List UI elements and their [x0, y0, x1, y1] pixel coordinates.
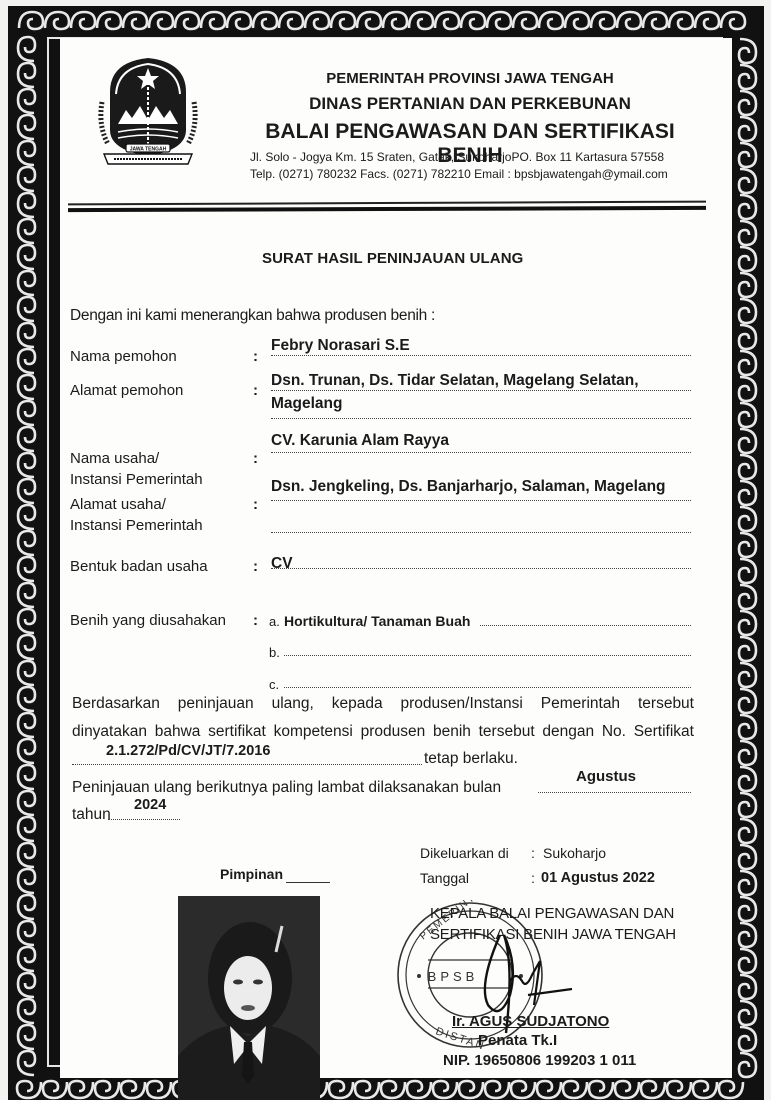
dotted-line [271, 568, 691, 569]
field-value-applicant-address: Dsn. Trunan, Ds. Tidar Selatan, Magelang… [271, 372, 639, 390]
field-value-applicant-address-line2: Magelang [271, 395, 342, 413]
letterhead-contact: Telp. (0271) 780232 Facs. (0271) 782210 … [250, 167, 690, 181]
issued-at-value: Sukoharjo [543, 845, 606, 861]
field-label-business-name-line2: Instansi Pemerintah [70, 471, 203, 488]
seed-item-a-mark: a. [269, 614, 280, 629]
dotted-line [72, 764, 422, 765]
seed-item-a-value: Hortikultura/ Tanaman Buah [284, 613, 470, 629]
dotted-line [480, 625, 691, 626]
issue-date-label: Tanggal [420, 870, 469, 886]
colon: : [253, 612, 258, 629]
next-review-month: Agustus [576, 768, 636, 785]
next-review-year: 2024 [134, 797, 166, 813]
seed-item-b-mark: b. [269, 645, 280, 660]
field-label-seed-type: Benih yang diusahakan [70, 612, 226, 629]
dotted-line [108, 819, 180, 820]
field-label-business-address-line2: Instansi Pemerintah [70, 517, 203, 534]
field-label-applicant-name: Nama pemohon [70, 348, 177, 365]
letterhead-department: DINAS PERTANIAN DAN PERKEBUNAN [240, 94, 700, 114]
svg-text:JAWA TENGAH: JAWA TENGAH [130, 147, 167, 153]
colon: : [531, 845, 535, 861]
letterhead-address: Jl. Solo - Jogya Km. 15 Sraten, Gatak, S… [250, 150, 690, 164]
dotted-line [271, 500, 691, 501]
issued-at-label: Dikeluarkan di [420, 845, 509, 861]
year-label: tahun [72, 806, 111, 824]
dotted-line [538, 792, 691, 793]
dotted-line [271, 418, 691, 419]
dotted-line [284, 655, 691, 656]
holder-label: Pimpinan [220, 866, 283, 882]
jawa-tengah-emblem-icon: JAWA TENGAH [96, 52, 200, 170]
colon: : [253, 496, 258, 513]
document-title: SURAT HASIL PENINJAUAN ULANG [262, 250, 523, 267]
letterhead-province: PEMERINTAH PROVINSI JAWA TENGAH [240, 70, 700, 87]
colon: : [253, 450, 258, 467]
signatory-rank: Penata Tk.I [478, 1032, 557, 1049]
next-review-text: Peninjauan ulang berikutnya paling lamba… [72, 779, 501, 797]
review-statement-line2: dinyatakan bahwa sertifikat kompetensi p… [72, 723, 694, 741]
field-label-business-form: Bentuk badan usaha [70, 558, 208, 575]
field-label-business-name: Nama usaha/ [70, 450, 159, 467]
seed-item-c-mark: c. [269, 677, 279, 692]
dotted-line [271, 532, 691, 533]
dotted-line [284, 687, 691, 688]
field-label-business-address: Alamat usaha/ [70, 496, 166, 513]
intro-text: Dengan ini kami menerangkan bahwa produs… [70, 307, 435, 325]
signatory-name: Ir. AGUS SUDJATONO [452, 1013, 609, 1030]
field-value-business-name: CV. Karunia Alam Rayya [271, 432, 449, 450]
dotted-line [271, 452, 691, 453]
holder-label-underline [286, 882, 330, 883]
still-valid-text: tetap berlaku. [424, 750, 518, 768]
signatory-nip: NIP. 19650806 199203 1 011 [443, 1052, 636, 1069]
issue-date-value: 01 Agustus 2022 [541, 870, 655, 886]
dotted-line [271, 355, 691, 356]
portrait-photo-icon [178, 896, 320, 1100]
dotted-line [271, 390, 691, 391]
colon: : [253, 348, 258, 365]
field-value-business-address: Dsn. Jengkeling, Ds. Banjarharjo, Salama… [271, 478, 666, 496]
colon: : [253, 558, 258, 575]
colon: : [253, 382, 258, 399]
review-statement-line1: Berdasarkan peninjauan ulang, kepada pro… [72, 695, 694, 713]
signatory-title-line1: KEPALA BALAI PENGAWASAN DAN [430, 905, 674, 922]
field-label-applicant-address: Alamat pemohon [70, 382, 183, 399]
field-value-applicant-name: Febry Norasari S.E [271, 337, 410, 355]
certificate-number: 2.1.272/Pd/CV/JT/7.2016 [106, 743, 270, 759]
colon: : [531, 870, 535, 886]
field-value-business-form: CV [271, 555, 293, 573]
